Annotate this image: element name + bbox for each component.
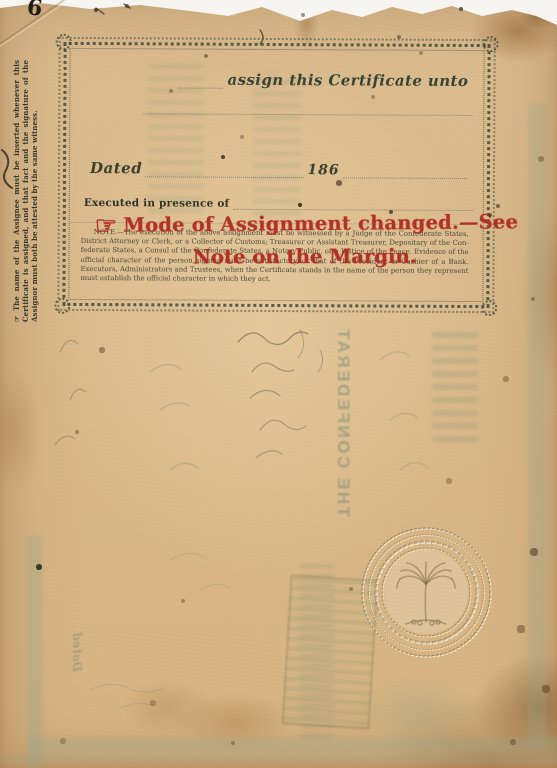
write-line (145, 173, 304, 178)
executed-row: Executed in presence of (84, 193, 473, 211)
border-corner-ornament (56, 34, 72, 50)
bleed-through-band-bottom-inner (0, 756, 557, 762)
note-line: NOTE.—The execution of the above assignm… (81, 228, 469, 239)
embossed-seal (356, 522, 496, 662)
dated-row: Dated 186 (90, 153, 470, 179)
manicule-icon: ☞ (95, 213, 118, 238)
margin-instruction-text: ☞ The name of the Assignee must be inser… (12, 60, 40, 322)
bleed-through-band-right (528, 104, 547, 746)
write-line (178, 75, 222, 88)
bleed-through-wash (356, 676, 476, 750)
border-corner-ornament (481, 300, 497, 316)
note-line: District Attorney or Clerk, or a Collect… (81, 237, 469, 248)
year-stub: 186 (307, 162, 339, 178)
foxing-spots (0, 0, 2, 2)
write-line (343, 174, 467, 179)
bleed-through-band-left (27, 536, 42, 768)
write-line (143, 113, 472, 116)
bleed-through-band-bottom (28, 737, 557, 754)
executed-label: Executed in presence of (84, 197, 229, 210)
border-corner-ornament (54, 298, 70, 314)
note-line: official character of the person signing… (81, 256, 469, 267)
note-line: federate States, a Consul of the Confede… (81, 246, 469, 257)
bleed-through-ghost-column (432, 330, 478, 442)
note-line: must establish the official character in… (80, 274, 468, 285)
overprint-text: Mode of Assignment changed.—See (123, 210, 518, 236)
witness-note-paragraph: NOTE.—The execution of the above assignm… (80, 228, 468, 285)
assignment-form-border-box: assign this Certificate unto Dated 186 E… (62, 42, 490, 308)
red-overprint-line1: ☞ Mode of Assignment changed.—See (95, 209, 518, 238)
border-corner-ornament (483, 36, 499, 52)
bleed-through-title-text: THE CONFEDERAT (333, 327, 353, 517)
write-line (233, 206, 473, 211)
assign-line-text: assign this Certificate unto (227, 71, 468, 90)
bleed-through-dated-word: Dated (68, 604, 84, 672)
dated-label: Dated (90, 159, 142, 177)
scanned-document: THE CONFEDERAT Dated ☞ The name of the A… (0, 0, 557, 768)
assign-line-row: assign this Certificate unto (178, 70, 477, 90)
note-line: Executors, Administrators and Trustees, … (80, 265, 468, 276)
write-line (71, 222, 474, 225)
red-overprint-line2: Note on the Margin. (193, 244, 417, 269)
